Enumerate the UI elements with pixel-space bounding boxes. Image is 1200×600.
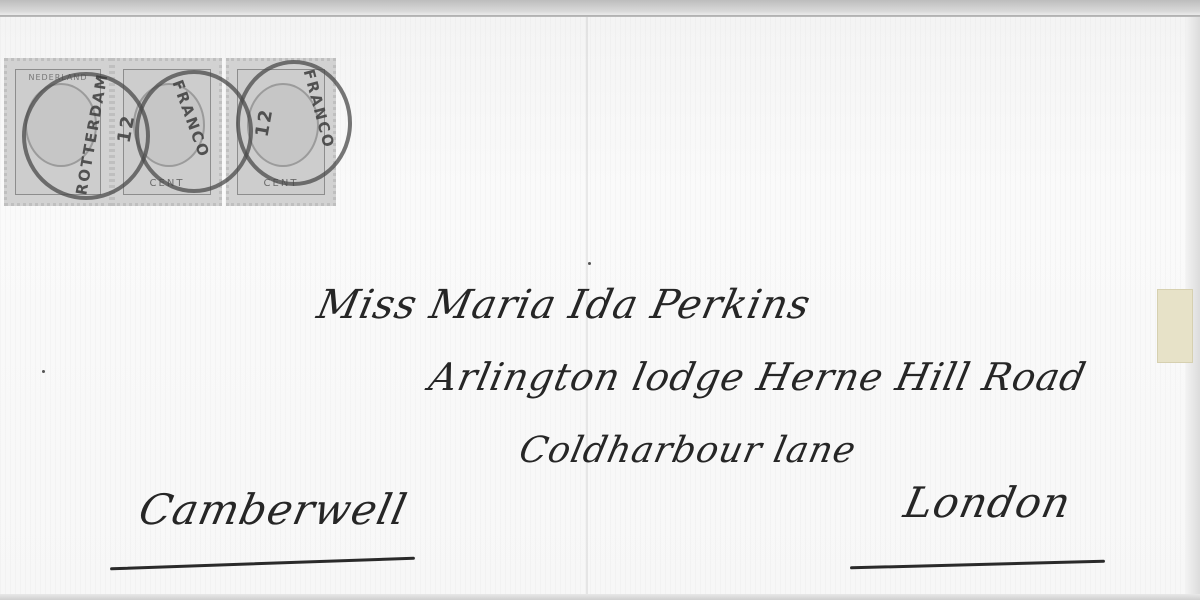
address-city: London xyxy=(900,478,1076,527)
envelope-bottom-edge xyxy=(0,594,1200,600)
scan-top-strip xyxy=(0,0,1200,16)
paper-tab xyxy=(1157,289,1193,363)
address-district: Camberwell xyxy=(135,485,412,534)
ink-speck xyxy=(588,262,591,265)
address-line3: Coldharbour lane xyxy=(516,430,860,471)
address-recipient: Miss Maria Ida Perkins xyxy=(313,282,815,328)
envelope-top-edge xyxy=(0,15,1200,17)
address-street: Arlington lodge Herne Hill Road xyxy=(425,355,1090,399)
ink-speck xyxy=(42,370,45,373)
